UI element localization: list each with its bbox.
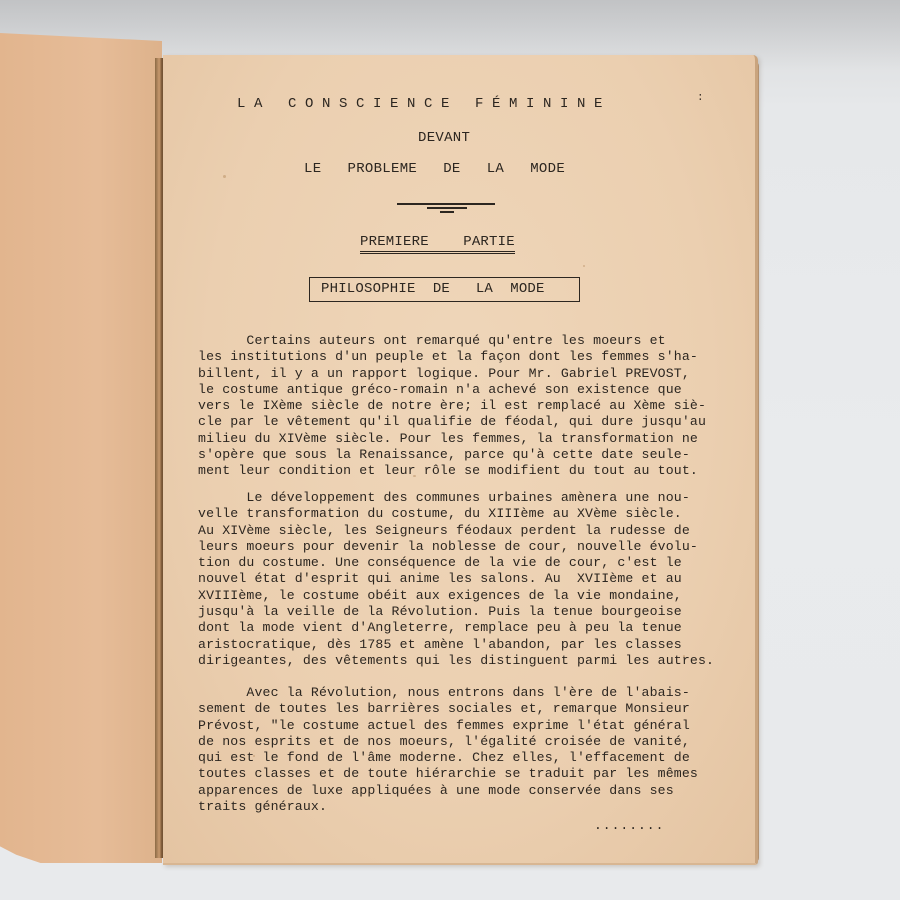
paragraph-2: Le développement des communes urbaines a…: [198, 490, 738, 669]
text-line: le costume antique gréco-romain n'a ache…: [198, 382, 738, 398]
text-line: qui est le fond de l'âme moderne. Chez e…: [198, 750, 738, 766]
paragraph-3: Avec la Révolution, nous entrons dans l'…: [198, 685, 738, 815]
text-line: XVIIIème, le costume obéit aux exigences…: [198, 588, 738, 604]
page-mark: :: [697, 92, 704, 104]
ornamental-rule: [440, 211, 454, 213]
text-line: Certains auteurs ont remarqué qu'entre l…: [198, 333, 738, 349]
text-line: aristocratique, dès 1785 et amène l'aban…: [198, 637, 738, 653]
text-line: tion du costume. Une conséquence de la v…: [198, 555, 738, 571]
part-heading: PREMIERE PARTIE: [360, 234, 515, 254]
text-line: les institutions d'un peuple et la façon…: [198, 349, 738, 365]
text-line: Avec la Révolution, nous entrons dans l'…: [198, 685, 738, 701]
text-line: vers le IXème siècle de notre ère; il es…: [198, 398, 738, 414]
text-line: s'opère que sous la Renaissance, parce q…: [198, 447, 738, 463]
text-line: sement de toutes les barrières sociales …: [198, 701, 738, 717]
text-line: apparences de luxe appliquées à une mode…: [198, 783, 738, 799]
text-line: toutes classes et de toute hiérarchie se…: [198, 766, 738, 782]
text-line: Au XIVème siècle, les Seigneurs féodaux …: [198, 523, 738, 539]
document-title: LA CONSCIENCE FÉMININE: [237, 96, 677, 112]
text-line: nouvel état d'esprit qui anime les salon…: [198, 571, 738, 587]
text-line: cle par le vêtement qu'il qualifie de fé…: [198, 414, 738, 430]
section-heading: PHILOSOPHIE DE LA MODE: [309, 277, 580, 302]
document-subtitle: LE PROBLEME DE LA MODE: [304, 161, 565, 177]
text-line: ment leur condition et leur rôle se modi…: [198, 463, 738, 479]
text-line: dirigeantes, des vêtements qui les disti…: [198, 653, 738, 669]
paragraph-1: Certains auteurs ont remarqué qu'entre l…: [198, 333, 738, 480]
text-line: billent, il y a un rapport logique. Pour…: [198, 366, 738, 382]
text-line: milieu du XIVème siècle. Pour les femmes…: [198, 431, 738, 447]
text-line: Prévost, "le costume actuel des femmes e…: [198, 718, 738, 734]
text-line: traits généraux.: [198, 799, 738, 815]
text-line: velle transformation du costume, du XIII…: [198, 506, 738, 522]
ornamental-rule: [397, 203, 495, 205]
text-line: Le développement des communes urbaines a…: [198, 490, 738, 506]
continuation-mark: ........: [594, 818, 664, 833]
document-subtitle-devant: DEVANT: [418, 130, 470, 146]
ornamental-rule: [427, 207, 467, 209]
text-line: dont la mode vient d'Angleterre, remplac…: [198, 620, 738, 636]
text-line: jusqu'à la veille de la Révolution. Puis…: [198, 604, 738, 620]
text-line: de nos esprits et de nos moeurs, l'égali…: [198, 734, 738, 750]
text-line: leurs moeurs pour devenir la noblesse de…: [198, 539, 738, 555]
left-page: [0, 33, 162, 863]
